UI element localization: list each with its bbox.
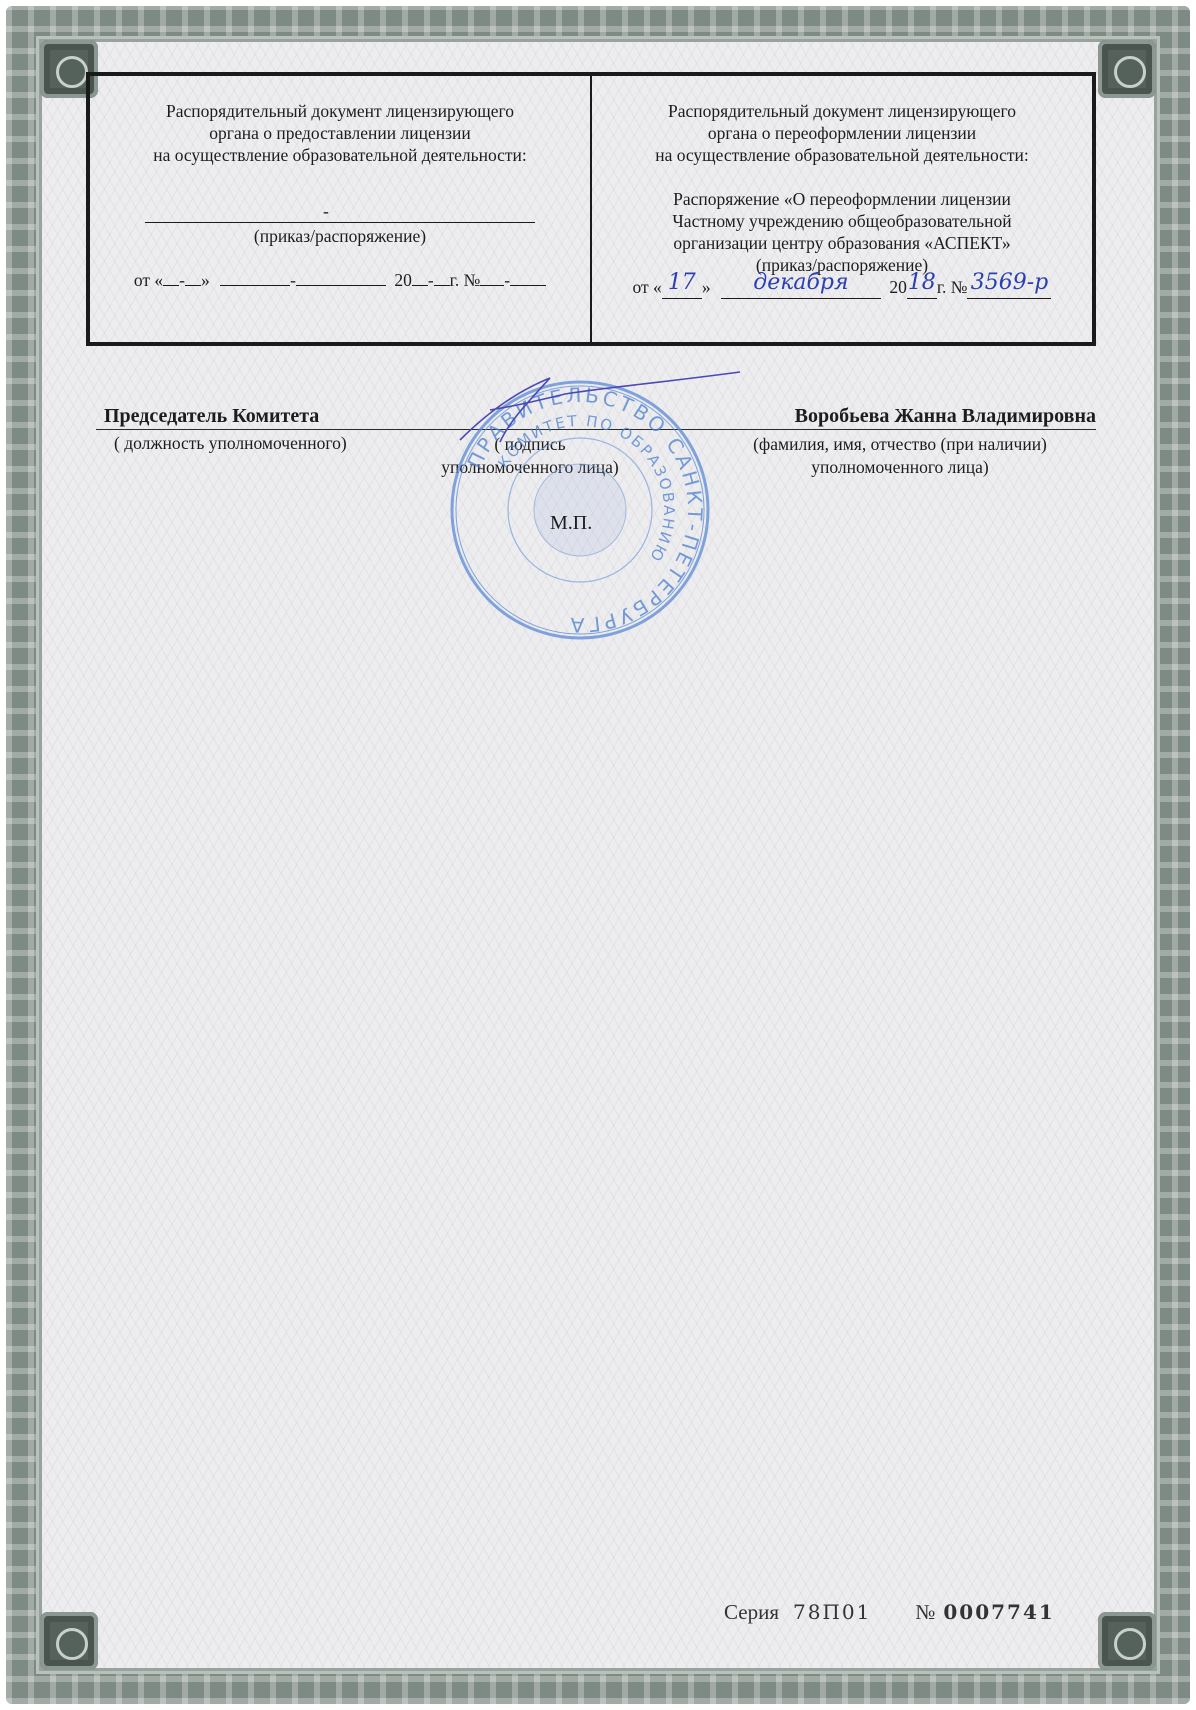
handwritten-number: 3569-р bbox=[971, 270, 1049, 295]
series-value: 78П01 bbox=[793, 1600, 871, 1624]
handwritten-signature-icon bbox=[450, 370, 750, 450]
grant-heading: Распорядительный документ лицензирующего… bbox=[90, 100, 590, 166]
form-serial: Серия78П01№0007741 bbox=[724, 1600, 1055, 1625]
reissue-heading: Распорядительный документ лицензирующего… bbox=[592, 100, 1092, 166]
seal-place-mark: М.П. bbox=[550, 512, 592, 535]
order-blank-field: - bbox=[145, 200, 535, 223]
corner-ornament-icon bbox=[1098, 1612, 1156, 1670]
handwritten-day: 17 bbox=[668, 270, 696, 295]
handwritten-year: 18 bbox=[908, 270, 936, 295]
position-label: ( должность уполномоченного) bbox=[114, 433, 347, 454]
form-number: 0007741 bbox=[943, 1600, 1054, 1624]
signer-name: Воробьева Жанна Владимировна bbox=[795, 405, 1096, 428]
reissue-date-line: от «17» декабря 2018г. №3569-р bbox=[592, 276, 1092, 299]
corner-ornament-icon bbox=[1098, 40, 1156, 98]
signer-position: Председатель Комитета bbox=[104, 405, 319, 428]
license-documents-table: Распорядительный документ лицензирующего… bbox=[86, 72, 1096, 346]
order-title: Распоряжение «О переоформлении лицензии … bbox=[592, 188, 1092, 254]
doc-type-label: (приказ/распоряжение) bbox=[90, 225, 590, 247]
reissue-document-cell: Распорядительный документ лицензирующего… bbox=[590, 76, 1092, 342]
handwritten-month: декабря bbox=[753, 270, 848, 295]
grant-date-line: от «-» - 20-г. №- bbox=[90, 267, 590, 291]
grant-document-cell: Распорядительный документ лицензирующего… bbox=[90, 76, 590, 342]
name-label: (фамилия, имя, отчество (при наличии) уп… bbox=[720, 433, 1080, 479]
corner-ornament-icon bbox=[40, 1612, 98, 1670]
